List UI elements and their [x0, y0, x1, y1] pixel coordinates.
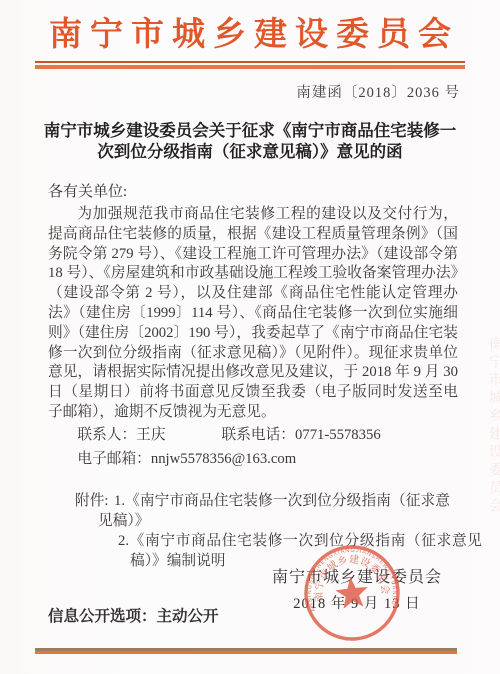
disclosure-note: 信息公开选项：主动公开: [48, 604, 219, 626]
attachment-item-1: 1.《南宁市商品住宅装修一次到位分级指南（征求意见稿）》: [98, 492, 450, 532]
document-number: 南建函〔2018〕2036 号: [0, 81, 500, 102]
letterhead-rule-thick: [35, 65, 465, 69]
signature-block: 南宁市城乡建设委员会 2018 年 9 月 13 日: [272, 564, 442, 613]
contact-phone-label: 联系电话：: [222, 427, 295, 443]
contact-row: 联系人：王庆联系电话：0771-5578356: [48, 426, 458, 446]
attachments-label: 附件:: [75, 492, 108, 512]
document-page: 南宁市城乡建设委员会 南建函〔2018〕2036 号 南宁市城乡建设委员会关于征…: [0, 0, 500, 674]
contact-email-row: 电子邮箱：nnjw5578356@163.com: [48, 450, 458, 470]
signature-date: 2018 年 9 月 13 日: [272, 592, 442, 613]
attachments-block: 附件: 1.《南宁市商品住宅装修一次到位分级指南（征求意见稿）》 2.《南宁市商…: [0, 492, 500, 571]
document-title: 南宁市城乡建设委员会关于征求《南宁市商品住宅装修一次到位分级指南（征求意见稿）》…: [38, 120, 462, 162]
body-paragraph: 为加强规范我市商品住宅装修工程的建设以及交付行为，提高商品住宅装修的质量，根据《…: [48, 205, 458, 423]
letterhead-org-name: 南宁市城乡建设委员会: [0, 0, 500, 54]
contact-email-label: 电子邮箱：: [77, 451, 150, 467]
contact-name-value: 王庆: [136, 427, 165, 443]
letterhead-rule-thin: [35, 61, 465, 63]
bleed-through-text: 南宁市城乡建设委员会: [484, 336, 500, 516]
footer-rule: [35, 648, 457, 654]
letterhead-rule: [35, 61, 465, 69]
contact-name-label: 联系人：: [77, 427, 136, 443]
contact-phone-value: 0771-5578356: [295, 427, 381, 443]
signature-org-name: 南宁市城乡建设委员会: [272, 564, 442, 587]
footer-rule-orange: [35, 651, 457, 655]
salutation: 各有关单位:: [48, 180, 458, 201]
contact-email-value: nnjw5578356@163.com: [151, 451, 296, 467]
